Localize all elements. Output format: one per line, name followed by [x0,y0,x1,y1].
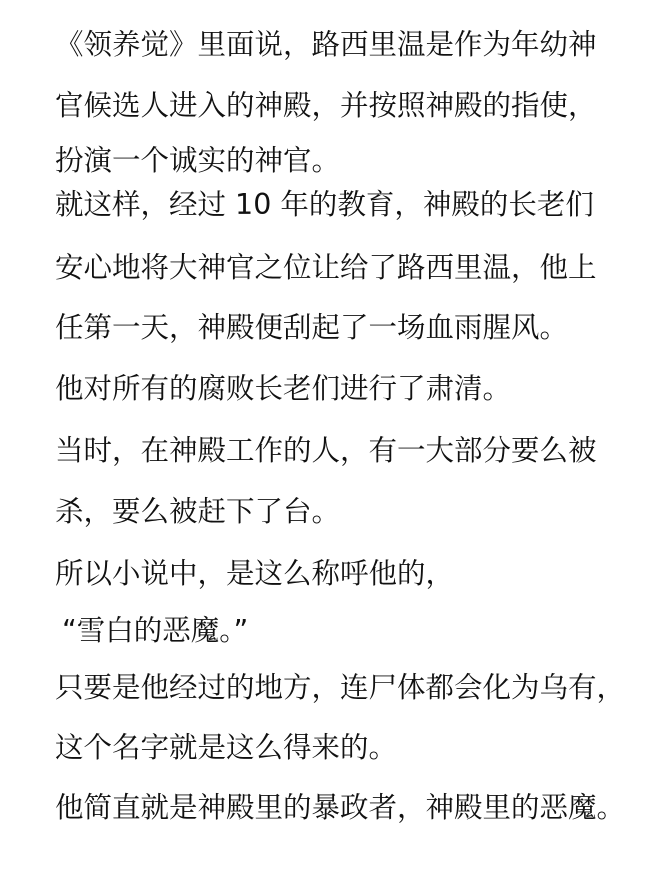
text-line-7: 他对所有的腐败长老们进行了肃清。 [55,371,511,407]
text-line-13: 这个名字就是这么得来的。 [55,730,397,766]
text-line-3: 扮演一个诚实的神官。 [55,143,340,179]
text-line-2: 官候选人进入的神殿，并按照神殿的指使， [55,88,597,124]
text-line-1: 《领养觉》里面说，路西里温是作为年幼神 [55,27,597,63]
text-line-14: 他简直就是神殿里的暴政者，神殿里的恶魔。 [55,790,625,826]
text-line-6: 任第一天，神殿便刮起了一场血雨腥风。 [55,310,568,346]
text-line-10: 所以小说中，是这么称呼他的， [55,556,454,592]
text-line-4: 就这样，经过 10 年的教育，神殿的长老们 [55,187,594,223]
text-line-5: 安心地将大神官之位让给了路西里温，他上 [55,250,597,286]
text-line-9: 杀，要么被赶下了台。 [55,494,340,530]
text-line-12: 只要是他经过的地方，连尸体都会化为乌有， [55,670,625,706]
quote-line: “雪白的恶魔。” [62,613,248,649]
text-line-8: 当时，在神殿工作的人，有一大部分要么被 [55,433,597,469]
